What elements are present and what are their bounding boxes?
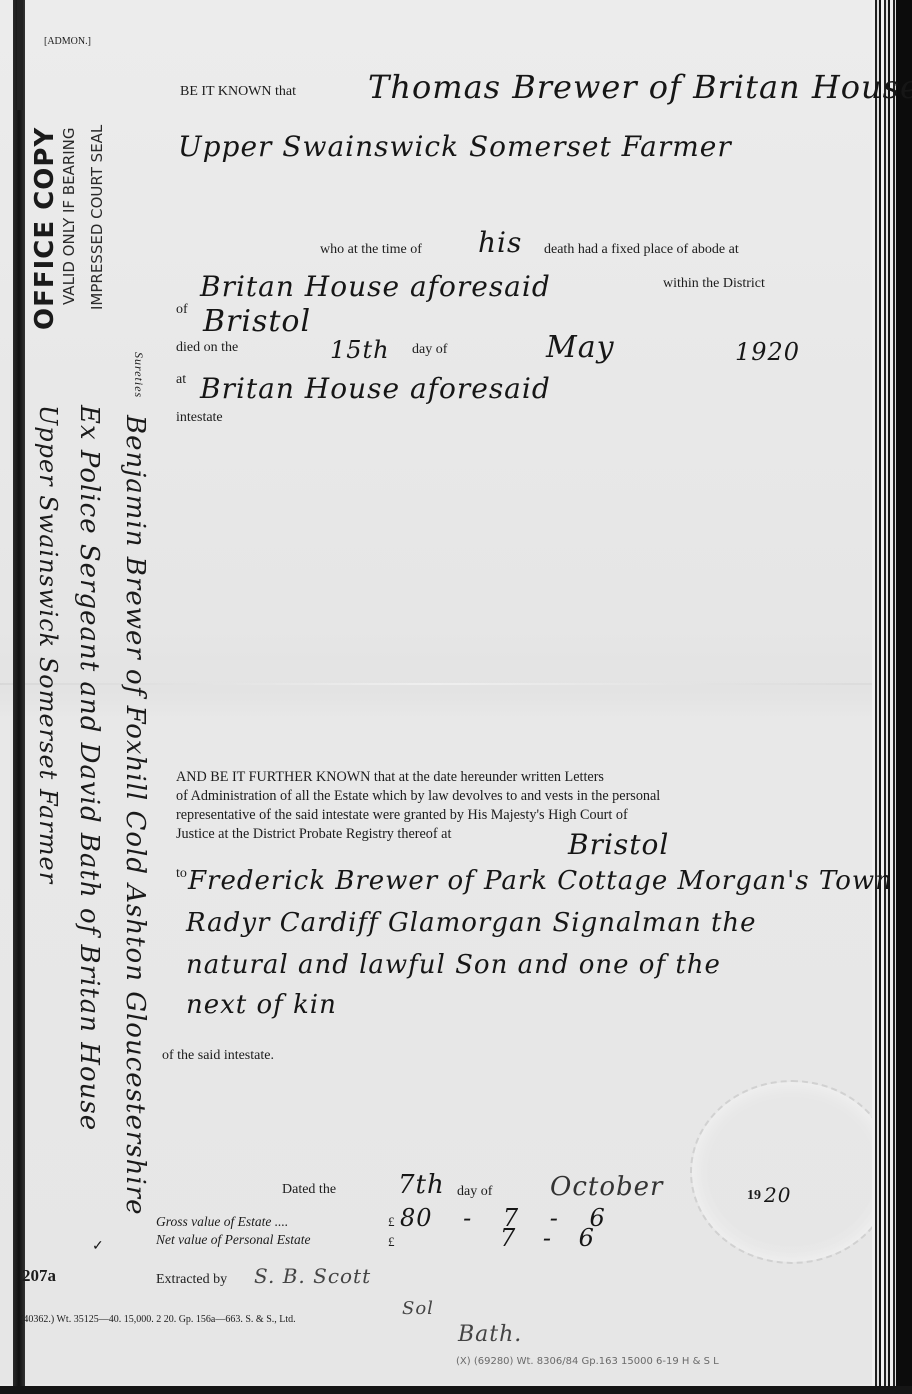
district: Bristol — [203, 304, 311, 339]
be-it-known-label: BE IT KNOWN that — [180, 84, 296, 100]
grantee-line4: next of kin — [186, 990, 337, 1020]
impressed-court-seal — [690, 1080, 894, 1264]
binding-strip-top — [17, 0, 23, 110]
intestate-label: intestate — [176, 410, 223, 426]
net-value-label: Net value of Personal Estate — [156, 1232, 310, 1248]
at-label: at — [176, 372, 186, 388]
grant-line1: AND BE IT FURTHER KNOWN that at the date… — [176, 768, 660, 787]
extractor-name: S. B. Scott — [254, 1264, 371, 1288]
grant-line2: of Administration of all the Estate whic… — [176, 787, 660, 806]
of-label: of — [176, 302, 188, 318]
abode-label-pre: who at the time of — [320, 242, 422, 258]
extractor-title: Sol — [402, 1298, 434, 1319]
net-currency: £ — [388, 1234, 395, 1250]
dated-label: Dated the — [282, 1182, 336, 1198]
tick-mark: ✓ — [92, 1238, 105, 1254]
form-label: [ADMON.] — [44, 36, 91, 47]
gross-value-label: Gross value of Estate .... — [156, 1214, 288, 1230]
grantee-line2: Radyr Cardiff Glamorgan Signalman the — [186, 908, 757, 938]
deceased-name-line1: Thomas Brewer of Britan House — [368, 68, 912, 106]
death-day: 15th — [330, 336, 390, 364]
abode-place: Britan House aforesaid — [200, 270, 551, 303]
sureties-line2: Ex Police Sergeant and David Bath of Bri… — [74, 405, 104, 1131]
day-of-label: day of — [412, 342, 447, 358]
death-place: Britan House aforesaid — [200, 372, 551, 405]
stamp-valid-line1: VALID ONLY IF BEARING — [60, 127, 78, 305]
extractor-place: Bath. — [458, 1322, 522, 1347]
death-year: 1920 — [735, 338, 800, 366]
registry: Bristol — [568, 828, 669, 861]
gross-currency: £ — [388, 1214, 395, 1230]
dated-day: 7th — [398, 1170, 445, 1200]
net-amount: 7 - 6 — [500, 1224, 595, 1252]
died-on-label: died on the — [176, 340, 238, 356]
office-copy-stamp: OFFICE COPY — [30, 127, 60, 330]
grant-closing: of the said intestate. — [162, 1048, 274, 1064]
grantee-line3: natural and lawful Son and one of the — [186, 950, 721, 980]
abode-label-post: death had a fixed place of abode at — [544, 242, 739, 258]
page-bottom-edge — [0, 1386, 912, 1394]
dated-year-written: 20 — [764, 1183, 791, 1207]
form-number: 207a — [22, 1266, 56, 1286]
dated-year-printed: 19 — [747, 1188, 761, 1204]
pronoun: his — [478, 226, 522, 259]
binding-strip — [13, 0, 25, 1390]
sureties-line1: Benjamin Brewer of Foxhill Cold Ashton G… — [120, 415, 150, 1215]
dated-day-of-label: day of — [457, 1184, 492, 1200]
dated-month: October — [550, 1172, 663, 1202]
deceased-name-line2: Upper Swainswick Somerset Farmer — [178, 130, 732, 163]
printer-line: (40362.) Wt. 35125—40. 15,000. 2 20. Gp.… — [20, 1314, 296, 1325]
within-district-label: within the District — [663, 276, 765, 292]
grantee-line1: Frederick Brewer of Park Cottage Morgan'… — [188, 866, 893, 896]
printer-line-faded: (X) (69280) Wt. 8306/84 Gp.163 15000 6-1… — [456, 1356, 719, 1367]
to-label: to — [176, 866, 187, 882]
sureties-line3: Upper Swainswick Somerset Farmer — [34, 405, 62, 884]
page-edge-shadow — [896, 0, 912, 1394]
death-month: May — [546, 330, 615, 365]
grant-line3: representative of the said intestate wer… — [176, 806, 660, 825]
sureties-label: Sureties — [131, 352, 146, 398]
extracted-by-label: Extracted by — [156, 1272, 227, 1288]
stamp-valid-line2: IMPRESSED COURT SEAL — [88, 125, 106, 310]
